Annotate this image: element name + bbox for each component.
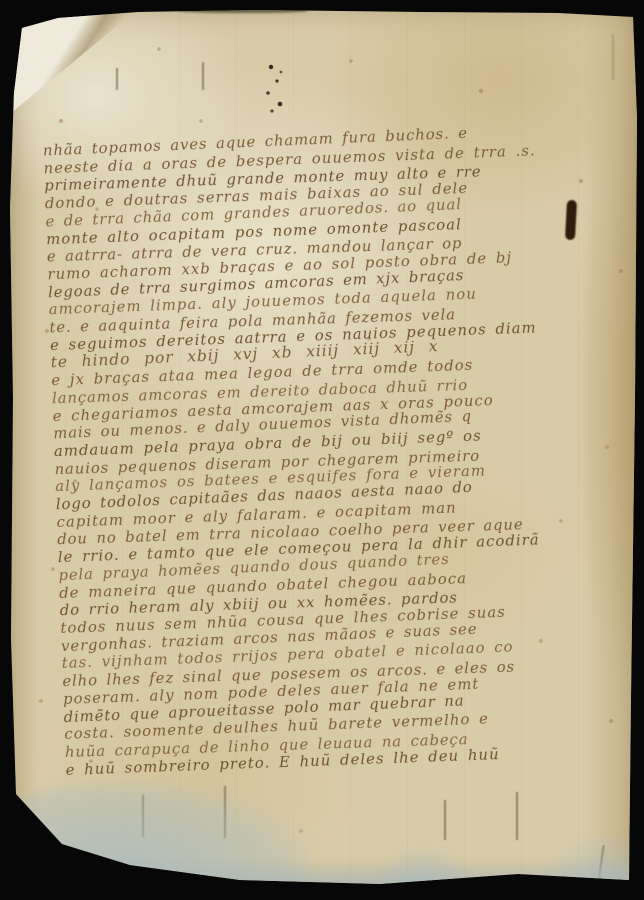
ink-blot (565, 200, 577, 240)
crease-mark (444, 800, 446, 840)
foxing-spots (8, 8, 10, 10)
page-fold-crease (8, 8, 160, 120)
water-stain (376, 844, 472, 886)
crease-mark (142, 795, 144, 837)
crease-mark (116, 68, 118, 90)
water-stain (2, 780, 312, 890)
crease-mark (612, 34, 614, 80)
crease-mark (597, 845, 604, 883)
manuscript-text: nhãa topamos aves aque chamam fura bucho… (43, 124, 558, 779)
crease-mark (224, 786, 226, 838)
water-stain (8, 860, 630, 888)
manuscript-page: nhãa topamos aves aque chamam fura bucho… (8, 8, 640, 886)
ink-specks (8, 8, 10, 10)
water-stain (544, 836, 644, 888)
darkened-top-edge (178, 8, 308, 13)
scan-background: { "scan": { "background_color": "#070707… (0, 0, 644, 900)
crease-mark (516, 792, 518, 840)
crease-mark (202, 62, 204, 90)
